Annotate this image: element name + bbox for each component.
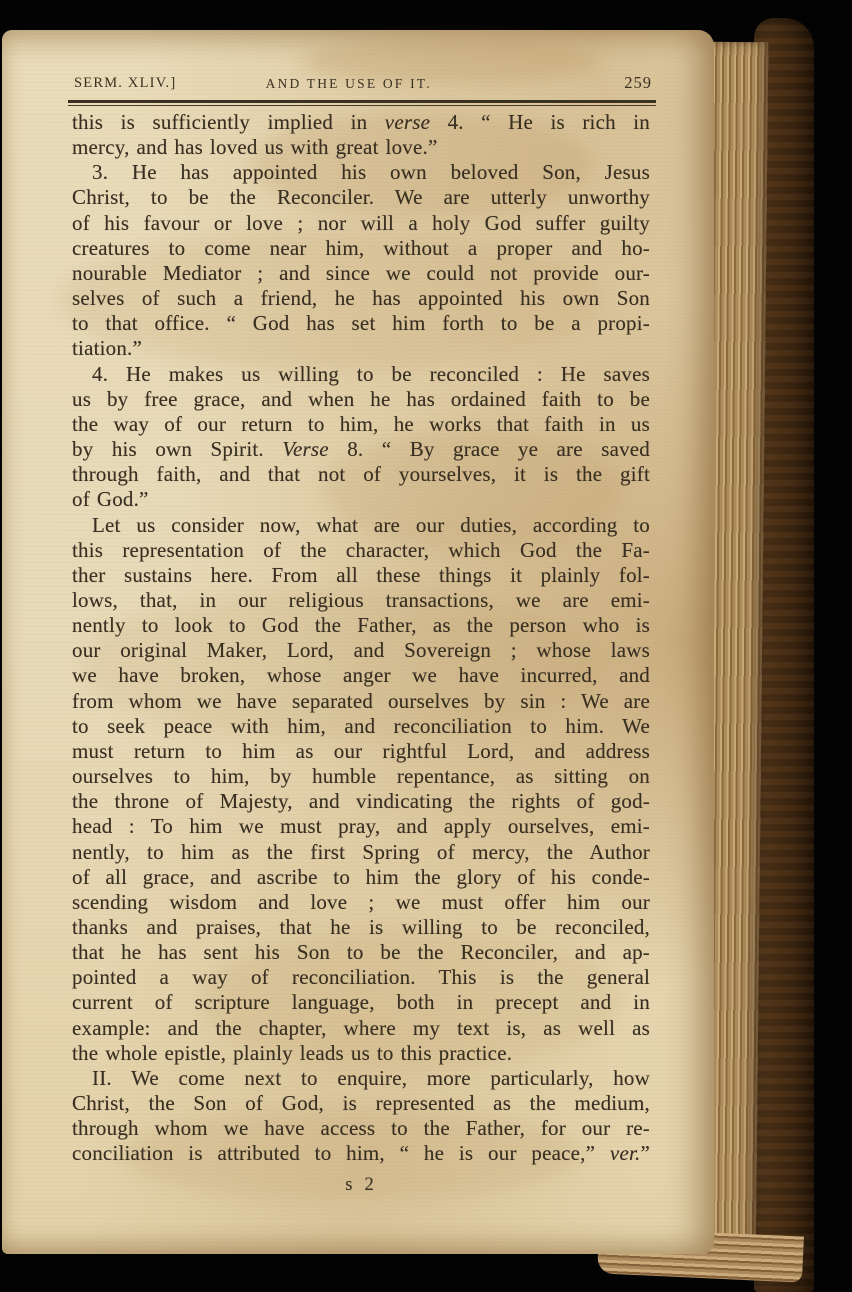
text-line: to seek peace with him, and reconciliati… <box>72 714 650 739</box>
text-line: current of scripture language, both in p… <box>72 990 650 1015</box>
text-line: the whole epistle, plainly leads us to t… <box>72 1041 650 1066</box>
text-line: Christ, to be the Reconciler. We are utt… <box>72 185 650 210</box>
text-line: by his own Spirit. Verse 8. “ By grace y… <box>72 437 650 462</box>
text-line: selves of such a friend, he has appointe… <box>72 286 650 311</box>
text-line: Christ, the Son of God, is represented a… <box>72 1091 650 1116</box>
text-line: the way of our return to him, he works t… <box>72 412 650 437</box>
text-line: ourselves to him, by humble repentance, … <box>72 764 650 789</box>
book-scan: SERM. XLIV.] AND THE USE OF IT. 259 this… <box>0 0 852 1292</box>
text-line: us by free grace, and when he has ordain… <box>72 387 650 412</box>
header-double-rule <box>68 100 656 106</box>
text-line: II. We come next to enquire, more partic… <box>72 1066 650 1091</box>
text-line: from whom we have separated ourselves by… <box>72 689 650 714</box>
text-line: of all grace, and ascribe to him the glo… <box>72 865 650 890</box>
signature-mark: s 2 <box>72 1173 650 1198</box>
text-line: scending wisdom and love ; we must offer… <box>72 890 650 915</box>
text-line: thanks and praises, that he is willing t… <box>72 915 650 940</box>
page-number: 259 <box>624 73 652 93</box>
text-line: the throne of Majesty, and vindicating t… <box>72 789 650 814</box>
text-line: tiation.” <box>72 336 650 361</box>
text-line: 3. He has appointed his own beloved Son,… <box>72 160 650 185</box>
text-line: nently, to him as the first Spring of me… <box>72 840 650 865</box>
text-line: must return to him as our rightful Lord,… <box>72 739 650 764</box>
running-header: SERM. XLIV.] AND THE USE OF IT. 259 <box>72 72 652 94</box>
text-line: our original Maker, Lord, and Sovereign … <box>72 638 650 663</box>
header-running-title: AND THE USE OF IT. <box>266 76 432 92</box>
text-line: head : To him we must pray, and apply ou… <box>72 814 650 839</box>
text-line: of his favour or love ; nor will a holy … <box>72 211 650 236</box>
text-line: we have broken, whose anger we have incu… <box>72 663 650 688</box>
text-line: through faith, and that not of yourselve… <box>72 462 650 487</box>
text-line: nourable Mediator ; and since we could n… <box>72 261 650 286</box>
text-line: Let us consider now, what are our duties… <box>72 513 650 538</box>
text-line: this representation of the character, wh… <box>72 538 650 563</box>
book-page: SERM. XLIV.] AND THE USE OF IT. 259 this… <box>2 30 714 1254</box>
text-line: 4. He makes us willing to be reconciled … <box>72 362 650 387</box>
text-line: to that office. “ God has set him forth … <box>72 311 650 336</box>
text-line: mercy, and has loved us with great love.… <box>72 135 650 160</box>
text-block: this is sufficiently implied in verse 4.… <box>72 110 650 1198</box>
text-line: example: and the chapter, where my text … <box>72 1016 650 1041</box>
text-line: nently to look to God the Father, as the… <box>72 613 650 638</box>
text-line: conciliation is attributed to him, “ he … <box>72 1141 650 1166</box>
text-line: through whom we have access to the Fathe… <box>72 1116 650 1141</box>
text-line: of God.” <box>72 487 650 512</box>
text-line: lows, that, in our religious transaction… <box>72 588 650 613</box>
text-line: that he has sent his Son to be the Recon… <box>72 940 650 965</box>
text-line: pointed a way of reconciliation. This is… <box>72 965 650 990</box>
text-line: creatures to come near him, without a pr… <box>72 236 650 261</box>
text-line: this is sufficiently implied in verse 4.… <box>72 110 650 135</box>
header-section-label: SERM. XLIV.] <box>74 75 176 92</box>
text-line: ther sustains here. From all these thing… <box>72 563 650 588</box>
